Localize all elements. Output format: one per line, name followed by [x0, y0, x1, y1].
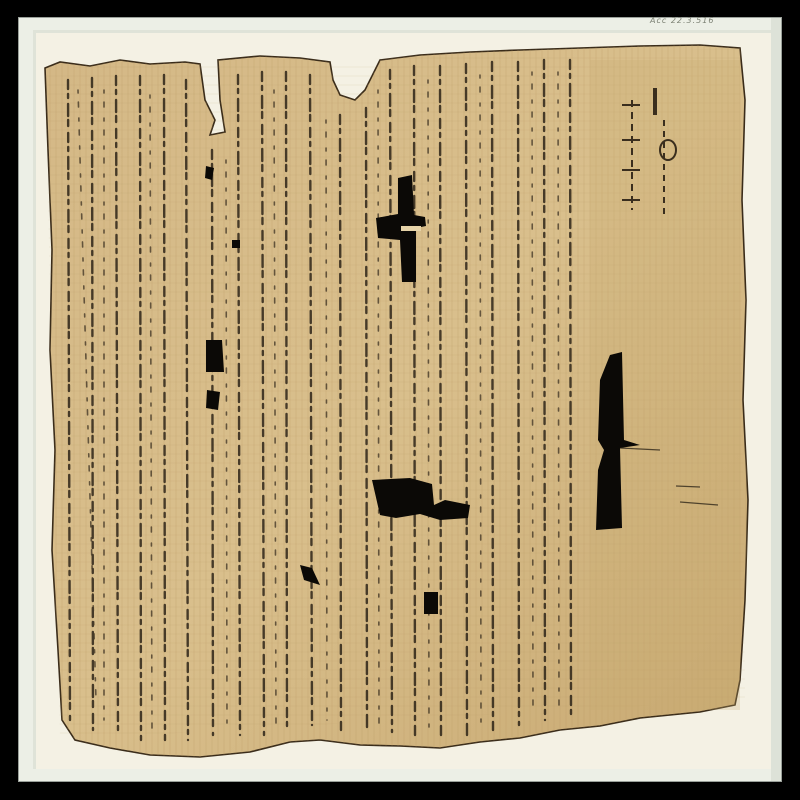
- papyrus-fragment: [0, 0, 800, 800]
